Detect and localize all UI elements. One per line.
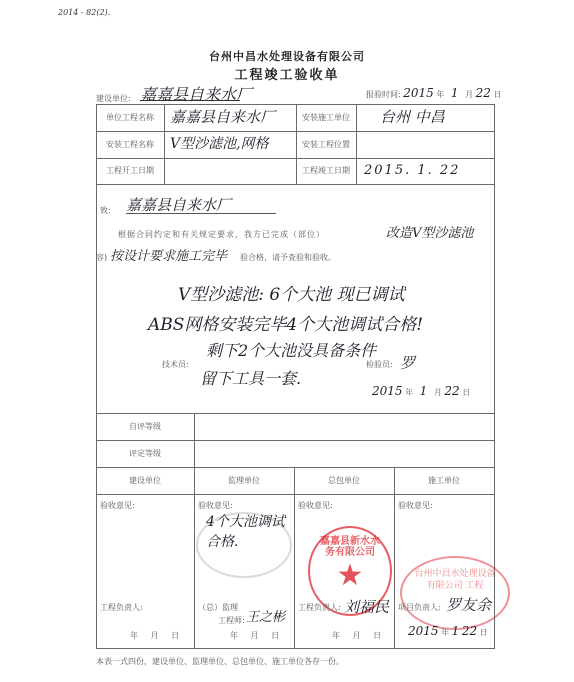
notice-sign-month: 1 <box>416 384 432 398</box>
col-header-supervisor: 监理单位 <box>194 467 294 494</box>
col-divider <box>194 413 195 648</box>
notice-line2-prefix: 容) <box>96 252 107 263</box>
to-underline <box>126 213 276 214</box>
notice-handwritten-content: 按设计要求施工完毕 <box>110 245 227 264</box>
opinion-label-builder: 验收意见: <box>100 500 135 511</box>
table-border-bottom <box>96 648 495 649</box>
signer-label-supervisor: （总）监理 <box>198 602 238 613</box>
handwritten-note-1: V型沙滤池: 6个大池 现已调试 <box>178 280 405 305</box>
form-title: 工程竣工验收单 <box>0 64 574 83</box>
to-value: 嘉嘉县自来水厂 <box>126 194 231 215</box>
stamp-text: 嘉嘉县新水水务有限公司 <box>310 536 390 558</box>
notice-body-prefix: 根据合同约定和有关规定要求，我方已完成（部位） <box>118 229 325 240</box>
day-char: 日 <box>462 388 470 397</box>
inspection-year: 2015 <box>403 86 434 100</box>
constructor-sign-day: 22 <box>462 624 477 638</box>
stamp-text: 台州中昌水处理设备有限公司 工程 <box>402 568 508 592</box>
row-divider <box>96 184 495 185</box>
date-supervisor: 年 月 日 <box>230 630 279 641</box>
install-project-name-label: 安装工程名称 <box>96 131 164 158</box>
handwritten-note-4: 留下工具一套. <box>200 366 301 389</box>
footer-note: 本表一式四份，建设单位、监理单位、总包单位、施工单位各存一份。 <box>96 656 344 667</box>
notice-sign-day: 22 <box>444 384 459 398</box>
assessed-grade-label: 评定等级 <box>96 440 194 467</box>
day-char: 日 <box>493 90 501 99</box>
col-divider <box>294 467 295 648</box>
to-label: 致: <box>100 205 111 216</box>
date-builder: 年 月 日 <box>130 630 179 641</box>
notice-body-suffix: 验合格，请予查验和验收。 <box>240 252 336 263</box>
col-header-general-contractor: 总包单位 <box>294 467 394 494</box>
star-icon: ★ <box>310 558 390 593</box>
installer-label: 安装施工单位 <box>296 104 356 131</box>
opinion-label-constructor: 验收意见: <box>398 500 433 511</box>
month-char: 月 <box>434 388 442 397</box>
signer-label-constructor: 项目负责人: <box>398 602 441 613</box>
month-char: 月 <box>465 90 473 99</box>
signer-value-constructor: 罗友余 <box>446 594 491 615</box>
start-date-label: 工程开工日期 <box>96 158 164 184</box>
inspection-time-label: 报验时间: <box>366 90 401 99</box>
notice-handwritten-part: 改造V型沙滤池 <box>386 222 473 241</box>
handwritten-note-3: 剩下2个大池没具备条件 <box>206 338 376 361</box>
opinion-value-supervisor: 4个大池调试合格. <box>206 512 290 552</box>
self-grade-label: 自评等级 <box>96 413 194 440</box>
constructor-sign-month: 1 <box>452 624 460 638</box>
unit-project-name-value: 嘉嘉县自来水厂 <box>170 104 275 131</box>
builder-label: 建设单位: <box>96 93 131 104</box>
install-location-label: 安装工程位置 <box>296 131 356 158</box>
completion-date-label: 工程竣工日期 <box>296 158 356 184</box>
inspector-value: 罗 <box>400 352 415 373</box>
opinion-label-general-contractor: 验收意见: <box>298 500 333 511</box>
unit-project-name-label: 单位工程名称 <box>96 104 164 131</box>
year-char: 年 <box>436 90 444 99</box>
builder-value: 嘉嘉县自来水厂 <box>140 82 252 105</box>
inspection-month: 1 <box>447 86 463 100</box>
reference-number: 2014 - 82(2). <box>58 8 110 17</box>
col-header-constructor: 施工单位 <box>394 467 494 494</box>
date-general-contractor: 年 月 日 <box>332 630 381 641</box>
notice-sign-date: 2015 年 1 月 22 日 <box>372 384 470 398</box>
col-header-builder: 建设单位 <box>96 467 194 494</box>
row-divider <box>96 494 495 495</box>
col-divider <box>356 104 357 184</box>
signer-value-supervisor: 王之彬 <box>246 606 285 625</box>
completion-date-value: 2015. 1. 22 <box>364 158 460 184</box>
signer-value-general-contractor: 刘福民 <box>344 596 389 617</box>
date-constructor: 2015 年 1 22 日 <box>408 624 488 638</box>
technician-label: 技术员: <box>162 359 189 370</box>
handwritten-note-2: ABS网格安装完毕4个大池调试合格! <box>148 310 423 335</box>
notice-sign-year: 2015 <box>372 384 403 398</box>
signer-label2-supervisor: 工程师: <box>218 615 245 626</box>
company-name: 台州中昌水处理设备有限公司 <box>0 48 574 64</box>
contractor-company-stamp: 台州中昌水处理设备有限公司 工程 <box>400 556 510 630</box>
col-divider <box>394 467 395 648</box>
table-border-left <box>96 104 97 648</box>
inspection-time: 报验时间: 2015 年 1 月 22 日 <box>366 86 501 100</box>
signer-label-builder: 工程负责人: <box>100 602 143 613</box>
inspector-label: 检验员: <box>366 359 393 370</box>
inspection-day: 22 <box>476 86 491 100</box>
installer-value: 台州 中昌 <box>380 104 445 131</box>
opinion-label-supervisor: 验收意见: <box>198 500 233 511</box>
year-char: 年 <box>405 388 413 397</box>
builder-underline <box>140 100 240 101</box>
install-project-name-value: V型沙滤池,网格 <box>170 131 269 158</box>
signer-label-general-contractor: 工程负责人: <box>298 602 341 613</box>
constructor-sign-year: 2015 <box>408 624 439 638</box>
col-divider <box>164 104 165 184</box>
